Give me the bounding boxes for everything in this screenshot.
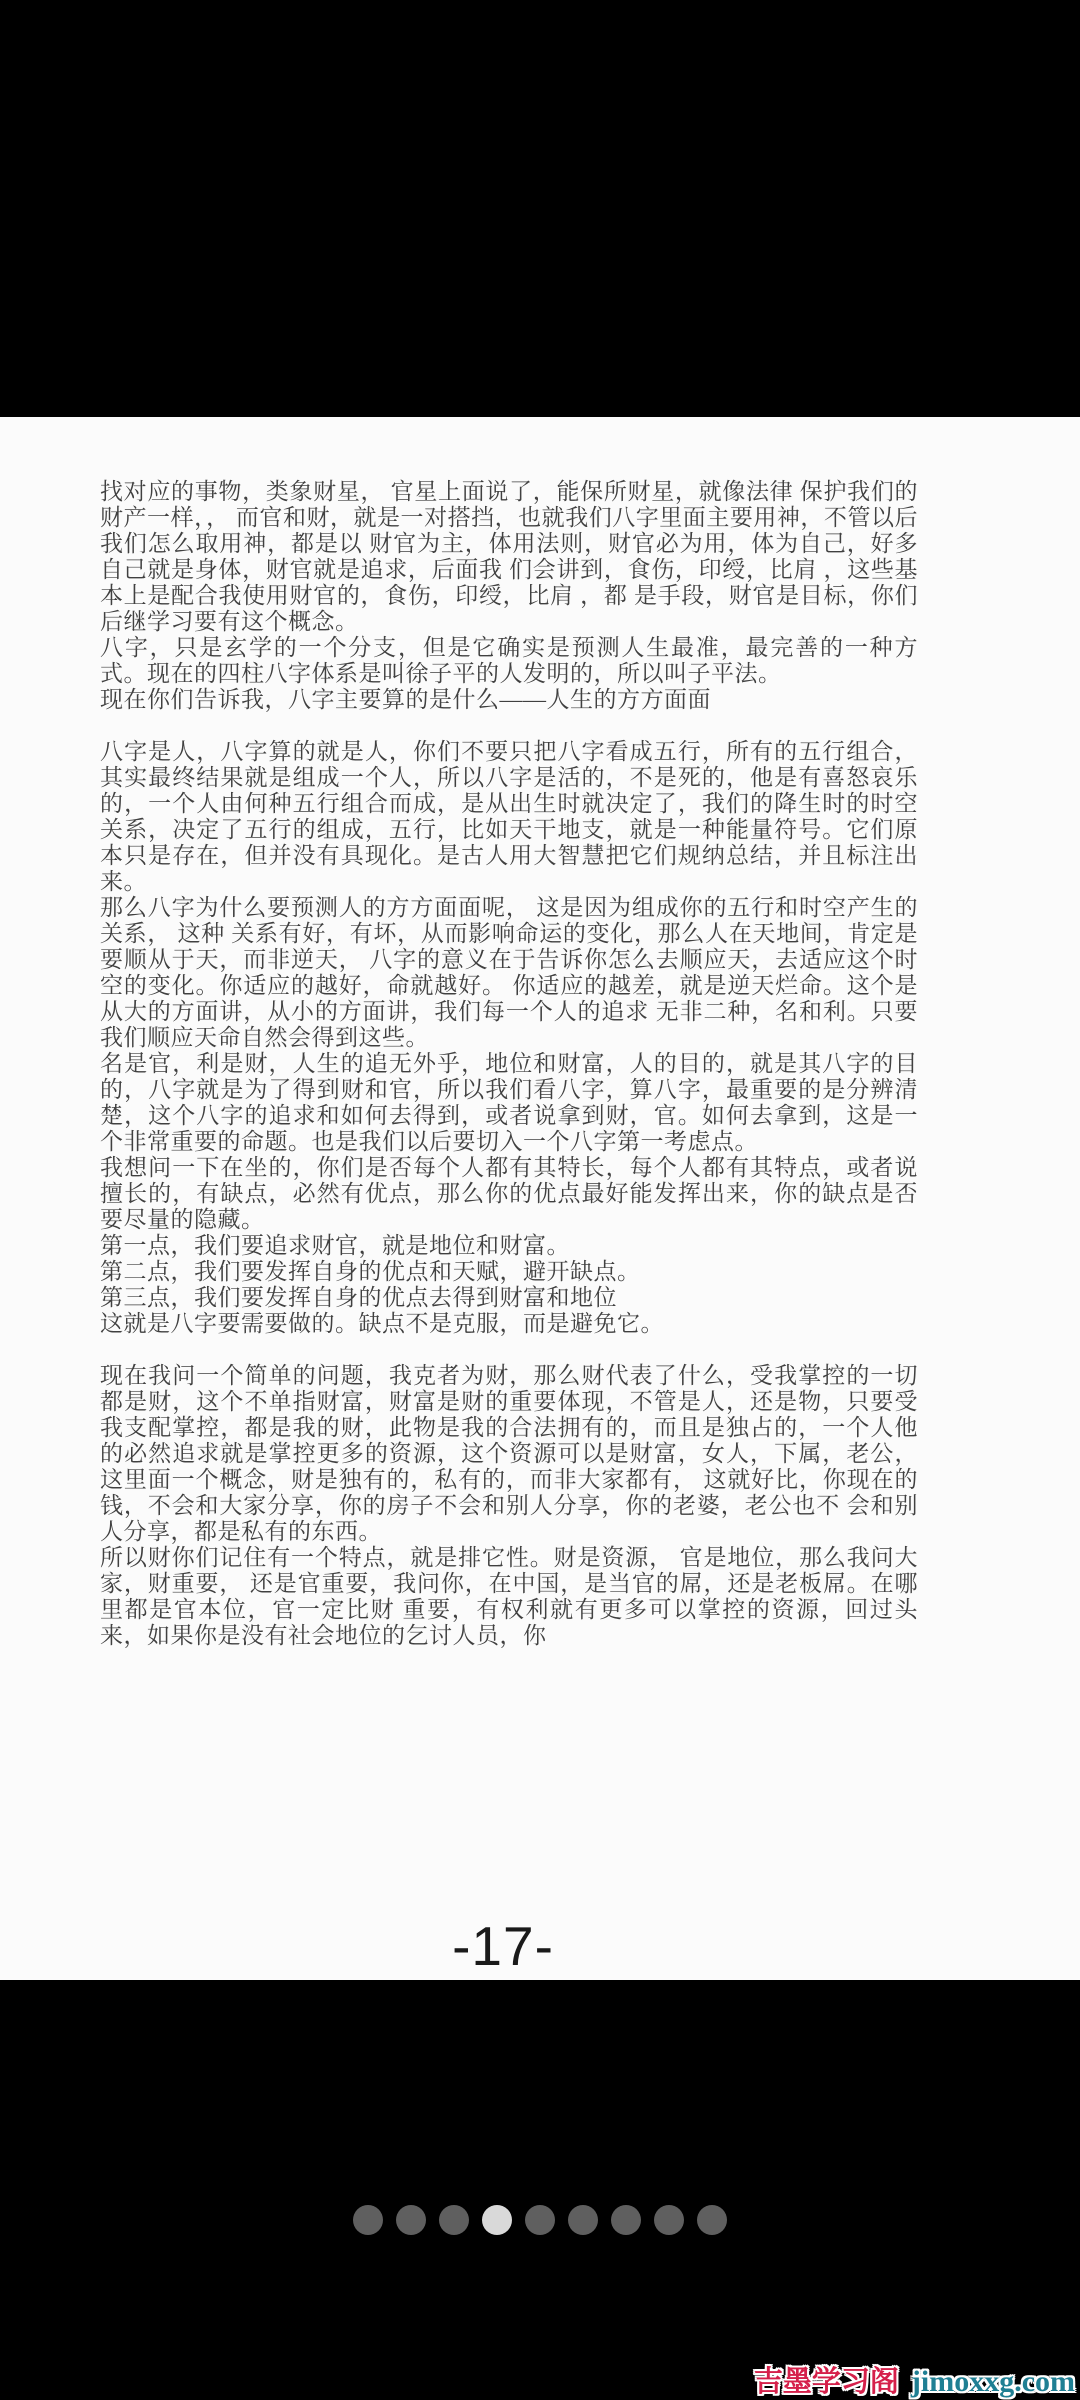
paragraph: 找对应的事物，类象财星， 官星上面说了，能保所财星，就像法律 保护我们的财产一样…: [100, 479, 918, 635]
document-page[interactable]: 找对应的事物，类象财星， 官星上面说了，能保所财星，就像法律 保护我们的财产一样…: [0, 417, 1080, 1980]
watermark: 吉墨学习阁 jimoxxg.com: [754, 2359, 1075, 2400]
pagination-dots: [0, 2205, 1080, 2235]
page-dot-6[interactable]: [568, 2205, 598, 2235]
page-dot-1[interactable]: [353, 2205, 383, 2235]
paragraph: 名是官，利是财，人生的追无外乎，地位和财富，人的目的，就是其八字的目的，八字就是…: [100, 1051, 918, 1155]
letterbox-bottom: 吉墨学习阁 jimoxxg.com: [0, 1980, 1080, 2400]
document-text: 找对应的事物，类象财星， 官星上面说了，能保所财星，就像法律 保护我们的财产一样…: [100, 479, 918, 1649]
page-dot-9[interactable]: [697, 2205, 727, 2235]
paragraph: 现在你们告诉我，八字主要算的是什么——人生的方方面面: [100, 687, 918, 713]
page-dot-7[interactable]: [611, 2205, 641, 2235]
page-dot-2[interactable]: [396, 2205, 426, 2235]
paragraph: 八字是人，八字算的就是人，你们不要只把八字看成五行，所有的五行组合，其实最终结果…: [100, 739, 918, 895]
paragraph: 这就是八字要需要做的。缺点不是克服，而是避免它。: [100, 1311, 918, 1337]
list-point-3: 第三点，我们要发挥自身的优点去得到财富和地位: [100, 1285, 918, 1311]
reader-screen: 找对应的事物，类象财星， 官星上面说了，能保所财星，就像法律 保护我们的财产一样…: [0, 0, 1080, 2400]
paragraph: 现在我问一个简单的问题，我克者为财，那么财代表了什么，受我掌控的一切都是财，这个…: [100, 1363, 918, 1545]
paragraph: 我想问一下在坐的，你们是否每个人都有其特长，每个人都有其特点，或者说擅长的，有缺…: [100, 1155, 918, 1233]
paragraph: 所以财你们记住有一个特点，就是排它性。财是资源， 官是地位，那么我问大家，财重要…: [100, 1545, 918, 1649]
list-point-1: 第一点，我们要追求财官，就是地位和财富。: [100, 1233, 918, 1259]
page-dot-5[interactable]: [525, 2205, 555, 2235]
watermark-site-url: jimoxxg.com: [911, 2365, 1075, 2399]
page-dot-4-active[interactable]: [482, 2205, 512, 2235]
paragraph: 八字，只是玄学的一个分支，但是它确实是预测人生最准，最完善的一种方式。现在的四柱…: [100, 635, 918, 687]
watermark-site-name: 吉墨学习阁: [754, 2359, 899, 2400]
page-dot-8[interactable]: [654, 2205, 684, 2235]
page-dot-3[interactable]: [439, 2205, 469, 2235]
page-number: -17-: [383, 1919, 623, 1974]
letterbox-top: [0, 0, 1080, 417]
paragraph: 那么八字为什么要预测人的方方面面呢， 这是因为组成你的五行和时空产生的关系， 这…: [100, 895, 918, 1051]
list-point-2: 第二点，我们要发挥自身的优点和天赋，避开缺点。: [100, 1259, 918, 1285]
